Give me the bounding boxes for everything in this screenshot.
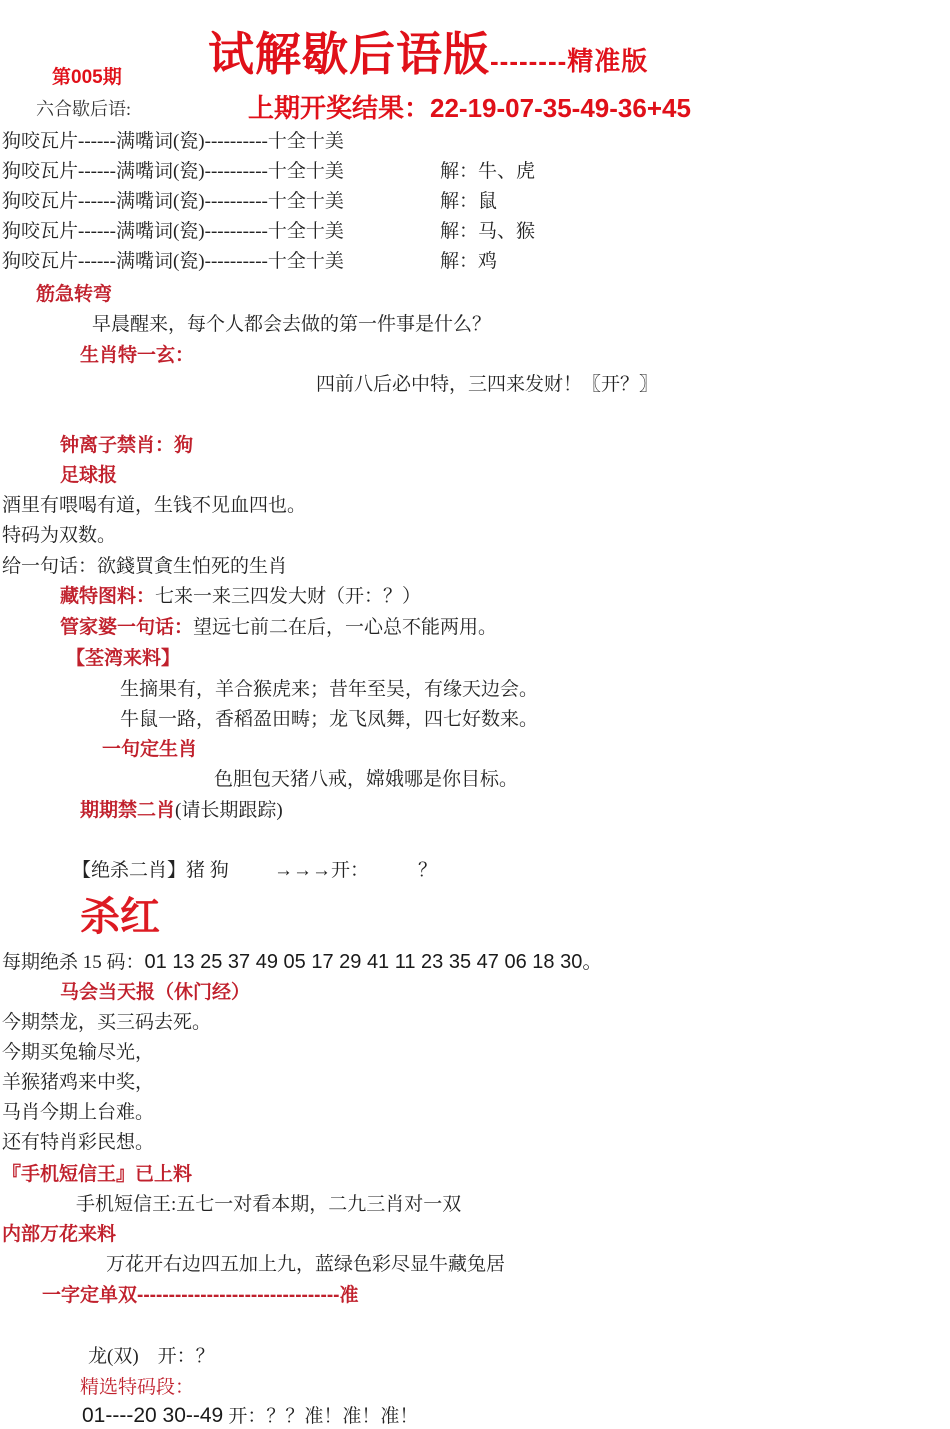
xiehouyu-answer: 解：马、猴	[440, 216, 535, 243]
guanjiapo-line: 管家婆一句话：望远七前二在后，一心总不能两用。	[60, 612, 497, 639]
last-result-value: 22-19-07-35-49-36+45	[430, 93, 691, 123]
heading-shouji: 『手机短信王』已上料	[2, 1159, 192, 1186]
zuqiubao-line: 给一句话：欲錢買貪生怕死的生肖	[2, 551, 287, 578]
heading-yiju: 一句定生肖	[102, 734, 197, 761]
shouji-text: 手机短信王:五七一对看本期，二九三肖对一双	[76, 1189, 461, 1216]
issue-number: 第005期	[52, 62, 122, 89]
title-main: 试解歇后语版	[208, 28, 490, 80]
danshuang-text: 龙(双) 开：？	[88, 1341, 215, 1368]
xiehouyu-row: 狗咬瓦片------满嘴词(瓷)----------十全十美	[2, 216, 344, 243]
danshuang-suffix: 准	[339, 1285, 358, 1306]
heading-jingxuan: 精选特码段：	[80, 1372, 194, 1399]
xiehouyu-answer: 解：牛、虎	[440, 156, 535, 183]
mahui-line: 羊猴猪鸡来中奖，	[2, 1067, 154, 1094]
heading-wanhua: 内部万花来料	[2, 1219, 116, 1246]
juesha-result: ？	[418, 855, 437, 882]
cangte-line: 藏特图料：七来一来三四发大财（开：？）	[60, 581, 421, 608]
xiehouyu-row: 狗咬瓦片------满嘴词(瓷)----------十全十美	[2, 186, 344, 213]
jingxuan-line: 01----20 30--49 开：？？准！准！准！	[82, 1401, 418, 1428]
quanwan-line: 生摘果有，羊合猴虎来；昔年至吴，有缘天边会。	[120, 674, 538, 701]
juesha-arrows: →→→开：	[274, 855, 369, 882]
zuqiubao-line: 特码为双数。	[2, 520, 116, 547]
qiqijin-line: 期期禁二肖(请长期跟踪)	[80, 795, 283, 822]
qiqijin-note: (请长期跟踪)	[175, 800, 283, 821]
naojin-text: 早晨醒来，每个人都会去做的第一件事是什么？	[92, 309, 491, 336]
heading-cangte: 藏特图料：	[60, 586, 155, 607]
xiehouyu-row: 狗咬瓦片------满嘴词(瓷)----------十全十美	[2, 246, 344, 273]
title-suffix: 精准版	[567, 46, 648, 76]
jingxuan-numbers: 01----20 30--49	[82, 1404, 223, 1427]
juesha-label: 【绝杀二肖】猪 狗	[72, 855, 229, 882]
xiehouyu-row: 狗咬瓦片------满嘴词(瓷)----------十全十美	[2, 126, 344, 153]
heading-qiqijin: 期期禁二肖	[80, 800, 175, 821]
xiehouyu-row: 狗咬瓦片------满嘴词(瓷)----------十全十美	[2, 156, 344, 183]
danshuang-dashes: --------------------------------	[137, 1285, 339, 1306]
last-result: 上期开奖结果：22-19-07-35-49-36+45	[248, 88, 691, 125]
xiehouyu-answer: 解：鼠	[440, 186, 497, 213]
mahui-line: 今期禁龙，买三码去死。	[2, 1007, 211, 1034]
heading-mahui: 马会当天报（休门经）	[60, 977, 250, 1004]
mahui-line: 马肖今期上台难。	[2, 1097, 154, 1124]
title-dash: --------	[490, 46, 567, 76]
kill15-numbers: 01 13 25 37 49 05 17 29 41 11 23 35 47 0…	[145, 951, 603, 973]
heading-zuqiubao: 足球报	[60, 460, 117, 487]
heading-danshuang: 一字定单双--------------------------------准	[42, 1280, 359, 1307]
jingxuan-tail: 开：？？准！准！准！	[228, 1406, 418, 1427]
heading-quanwan: 【荃湾来料】	[66, 643, 180, 670]
mahui-line: 今期买兔输尽光，	[2, 1037, 154, 1064]
kill15-label: 每期绝杀 15 码：	[2, 952, 145, 973]
heading-zhonglizi: 钟离子禁肖：狗	[60, 430, 193, 457]
zuqiubao-line: 酒里有喂喝有道，生钱不见血四也。	[2, 490, 306, 517]
cangte-text: 七来一来三四发大财（开：？）	[155, 586, 421, 607]
heading-guanjiapo: 管家婆一句话：	[60, 617, 193, 638]
shengxiao-yixuan-text: 四前八后必中特，三四来发财！〖开？〗	[316, 369, 658, 396]
heading-shengxiao-yixuan: 生肖特一玄：	[80, 340, 194, 367]
xiehouyu-answer: 解：鸡	[440, 246, 497, 273]
heading-naojin: 筋急转弯	[36, 279, 112, 306]
heading-shahong: 杀红	[80, 885, 160, 942]
danshuang-title: 一字定单双	[42, 1285, 137, 1306]
guanjiapo-text: 望远七前二在后，一心总不能两用。	[193, 617, 497, 638]
section-label-liuhe: 六合歇后语:	[36, 95, 131, 121]
wanhua-text: 万花开右边四五加上九，蓝绿色彩尽显牛藏兔居	[106, 1249, 505, 1276]
yiju-text: 色胆包天猪八戒，嫦娥哪是你目标。	[214, 764, 518, 791]
quanwan-line: 牛鼠一路，香稻盈田畴；龙飞凤舞，四七好数来。	[120, 704, 538, 731]
last-result-label: 上期开奖结果：	[248, 93, 430, 123]
kill15-line: 每期绝杀 15 码：01 13 25 37 49 05 17 29 41 11 …	[2, 945, 602, 974]
page-title: 试解歇后语版--------精准版	[208, 18, 648, 84]
mahui-line: 还有特肖彩民想。	[2, 1127, 154, 1154]
